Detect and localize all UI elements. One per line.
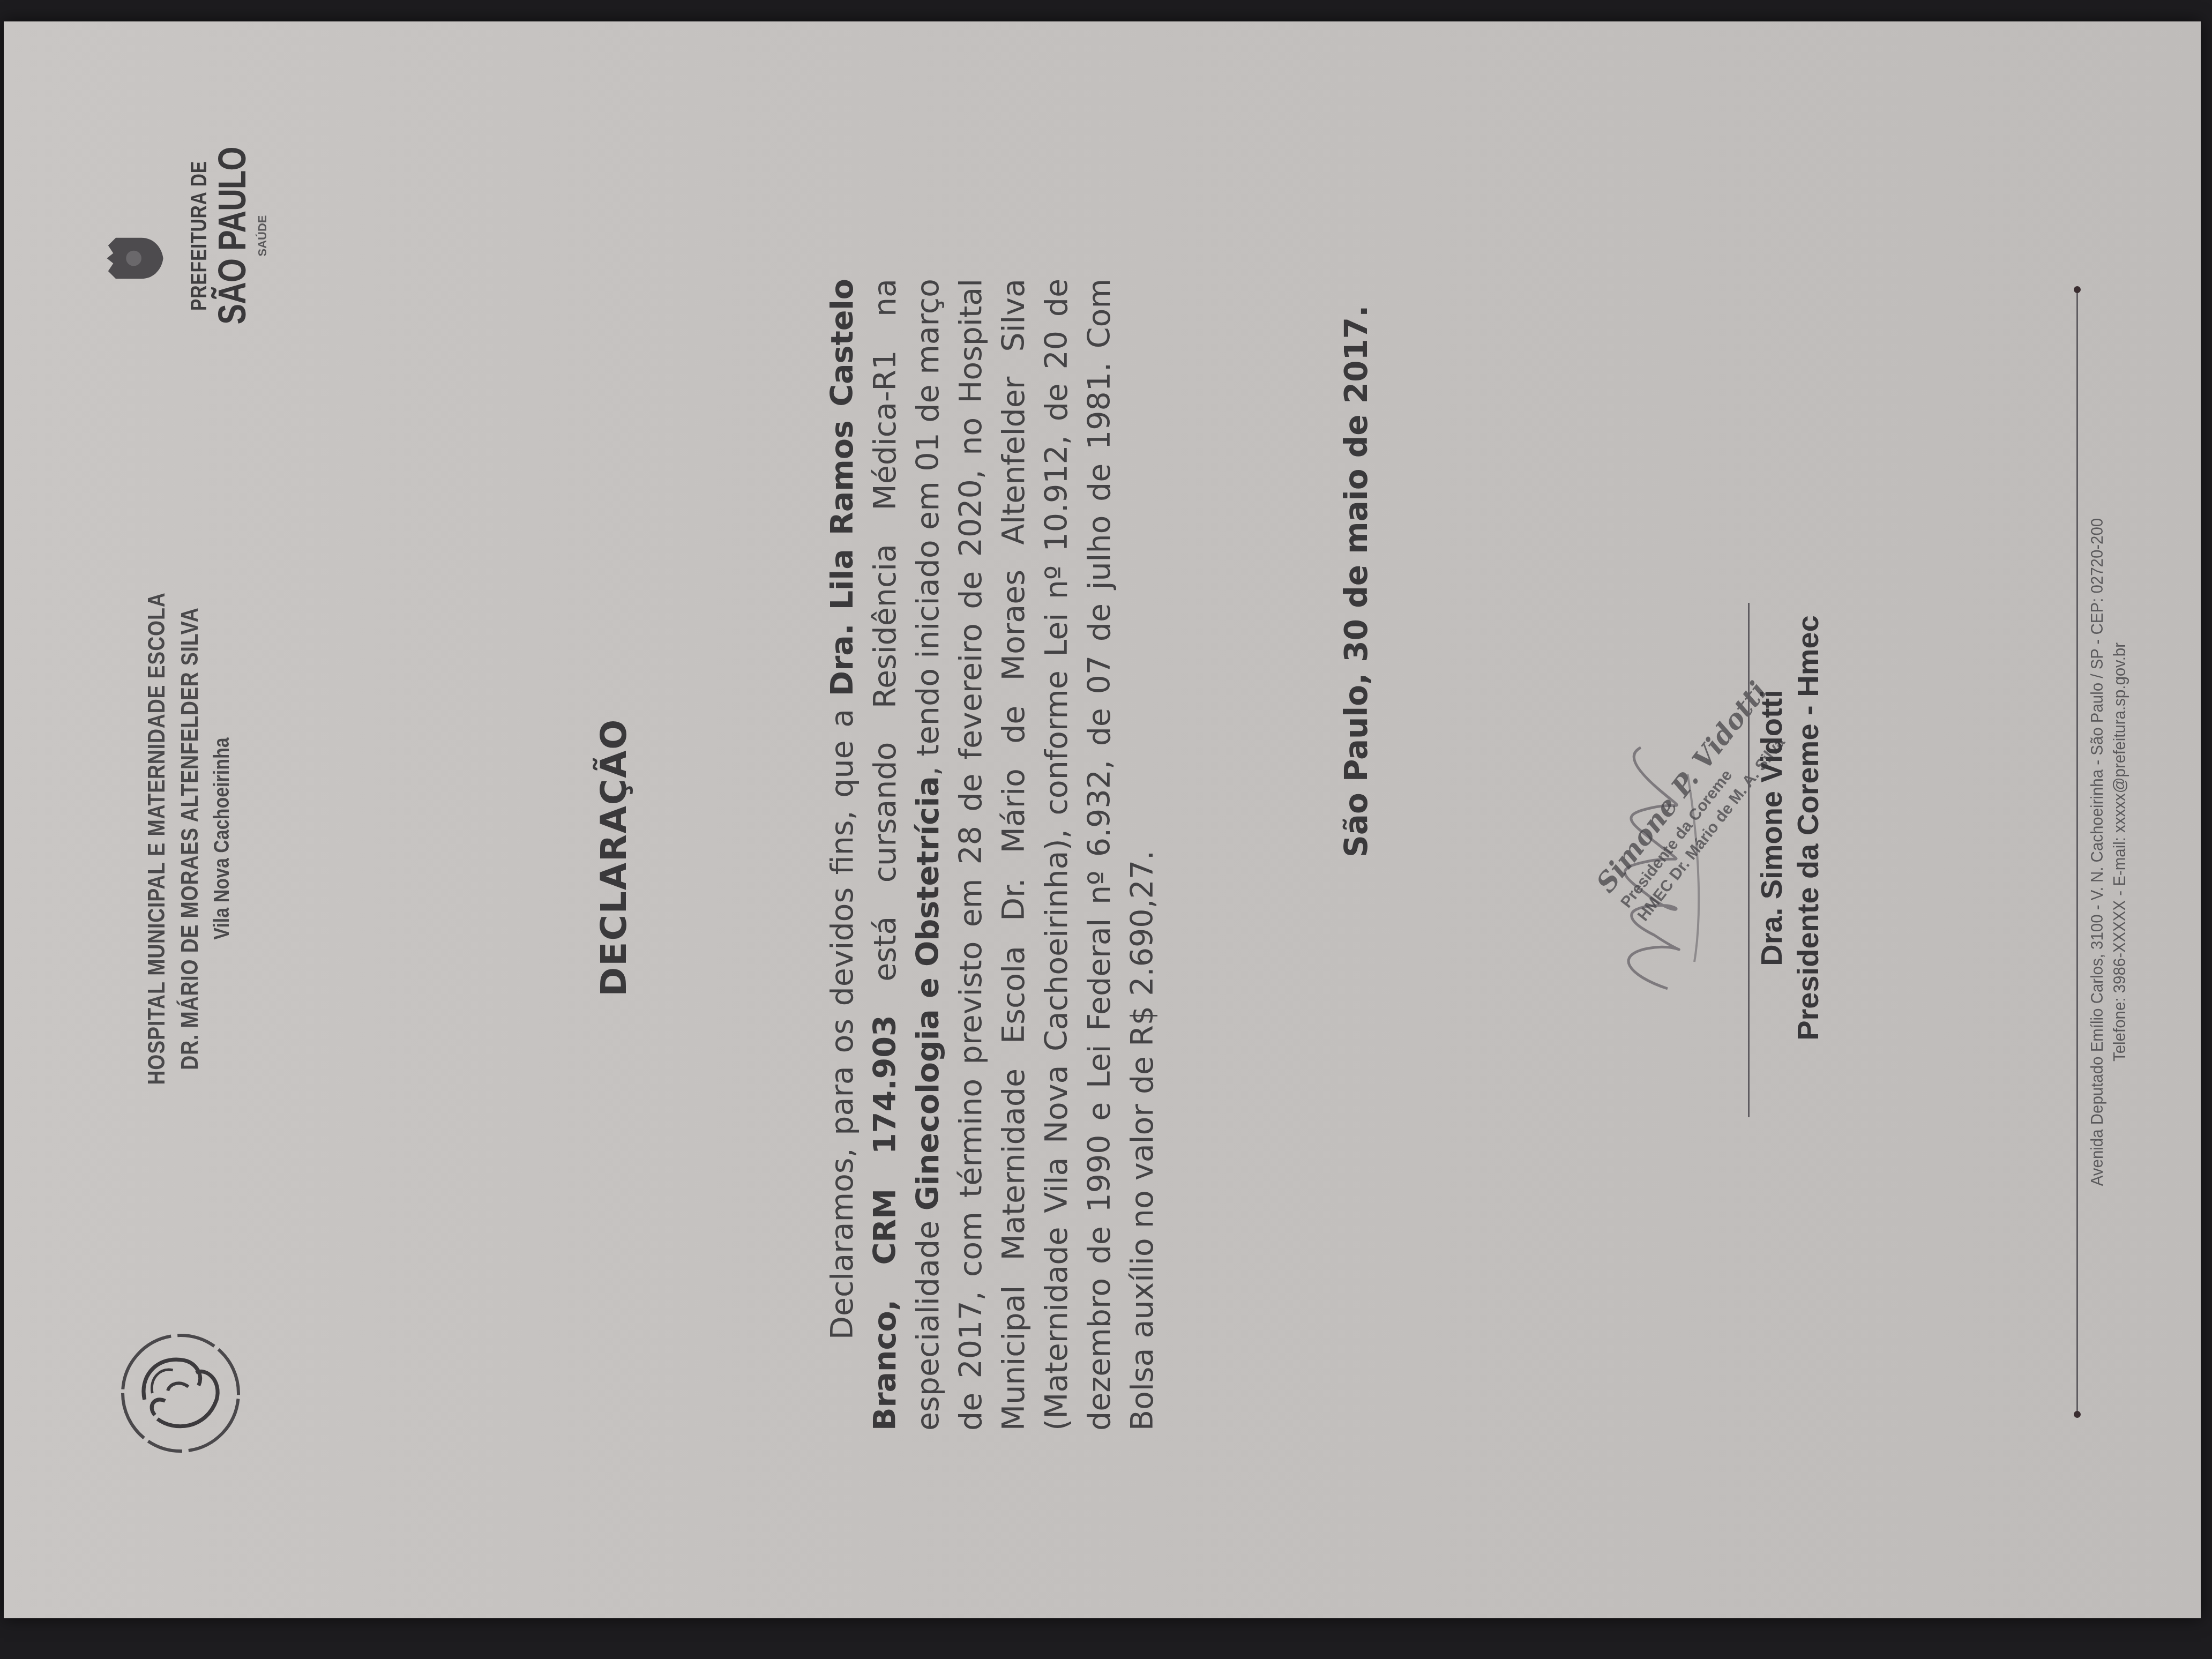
header-line-1: HOSPITAL MUNICIPAL E MATERNIDADE ESCOLA (140, 577, 174, 1101)
document-title: DECLARAÇÃO (593, 96, 634, 1618)
body-text-1: Declaramos, para os devidos fins, que a (825, 696, 860, 1340)
signature-line (1748, 603, 1750, 1117)
date-line: São Paulo, 30 de maio de 2017. (1338, 268, 1374, 857)
declaration-paragraph: Declaramos, para os devidos fins, que a … (821, 279, 1164, 1431)
signature-block: Dra. Simone Vidotti Presidente da Coreme… (1753, 539, 1826, 1117)
footer-address: Avenida Deputado Emílio Carlos, 3100 - V… (2086, 334, 2108, 1370)
prefeitura-line-3: SAÚDE (256, 113, 270, 359)
document-page: HOSPITAL MUNICIPAL E MATERNIDADE ESCOLA … (4, 21, 2201, 1618)
footer-divider (2076, 289, 2078, 1415)
prefeitura-logo: PREFEITURA DE SÃO PAULO SAÚDE (106, 113, 277, 359)
hospital-header: HOSPITAL MUNICIPAL E MATERNIDADE ESCOLA … (140, 530, 237, 1147)
city-crest-icon (106, 233, 165, 284)
signer-role: Presidente da Coreme - Hmec (1790, 539, 1826, 1117)
footer-contact: Telefone: 3986-XXXXX - E-mail: xxxxx@pre… (2108, 334, 2131, 1370)
body-text-3: , tendo iniciado em 01 de março de 2017,… (910, 279, 1160, 1431)
body-bold-specialty: Ginecologia e Obstetrícia (910, 776, 946, 1210)
prefeitura-line-2: SÃO PAULO (211, 137, 255, 334)
prefeitura-line-1: PREFEITURA DE (186, 137, 212, 334)
mother-child-circle-icon (116, 1329, 245, 1458)
header-line-3: Vila Nova Cachoeirinha (207, 577, 237, 1101)
header-line-2: DR. MÁRIO DE MORAES ALTENFELDER SILVA (174, 577, 207, 1101)
footer: Avenida Deputado Emílio Carlos, 3100 - V… (2086, 334, 2131, 1370)
signer-name: Dra. Simone Vidotti (1753, 539, 1790, 1117)
stamp-line-1: Simone P. Vidotti (1590, 533, 1885, 898)
